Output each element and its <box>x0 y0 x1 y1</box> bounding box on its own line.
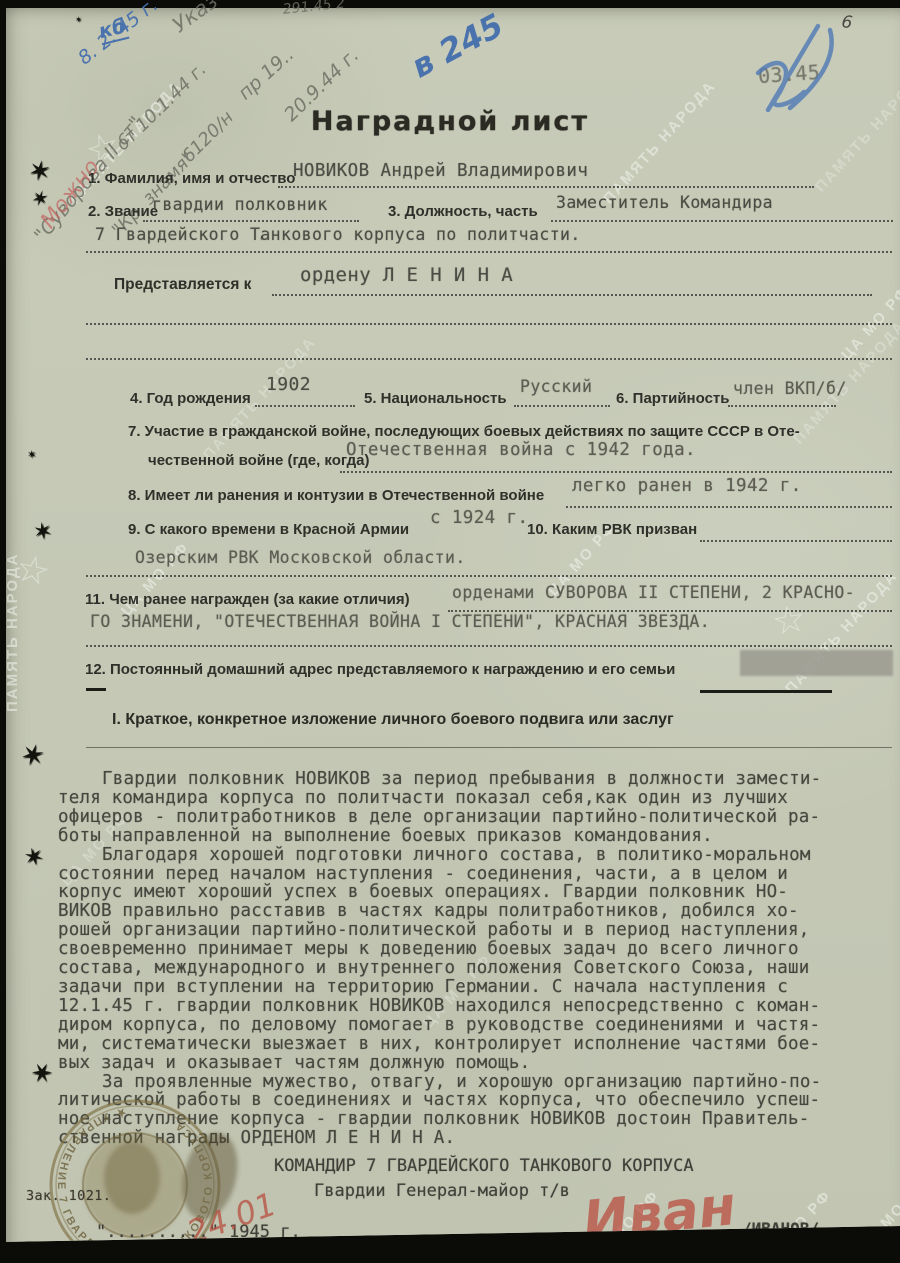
stamp-star: ★ <box>122 1240 134 1255</box>
dotted-line <box>143 220 359 222</box>
hole-punch: ✶ <box>25 156 53 187</box>
ink-fleck: ✶ <box>75 16 82 24</box>
section-1-heading: I. Краткое, конкретное изложение личного… <box>112 711 674 729</box>
field-2-value: гвардии полковник <box>152 195 328 214</box>
body-line: вых задач и оказывает частям должную пом… <box>58 1054 898 1073</box>
watermark-tsamo: ЦА МО РФ <box>856 1175 900 1255</box>
field-3-value-line2: 7 Гвардейского Танкового корпуса по поли… <box>95 225 581 244</box>
field-11-value-line1: орденами СУВОРОВА II СТЕПЕНИ, 2 КРАСНО- <box>452 583 855 602</box>
dotted-line <box>728 405 836 407</box>
dotted-line <box>278 186 814 188</box>
dotted-line <box>255 405 355 407</box>
dotted-line <box>566 506 892 508</box>
dotted-line <box>86 358 892 360</box>
dotted-line <box>86 575 892 577</box>
handwritten-pencil-top-number: 291.45 2 <box>282 0 346 18</box>
dotted-line <box>340 471 892 473</box>
hole-punch: ✶ <box>21 844 47 872</box>
body-line: офицеров - политработников в деле органи… <box>58 808 898 827</box>
field-3-value: Заместитель Командира <box>556 193 773 212</box>
field-9-value: с 1924 г. <box>430 508 528 528</box>
presented-to-value: ордену Л Е Н И Н А <box>300 264 513 286</box>
field-3-label: 3. Должность, часть <box>388 203 538 220</box>
handwritten-blue-245: в 245 <box>405 6 510 86</box>
field-10-label: 10. Каким РВК призван <box>527 521 697 538</box>
body-line: ми, систематически выезжает в них, контр… <box>58 1035 898 1054</box>
field-7-label-line1: 7. Участие в гражданской войне, последую… <box>128 423 800 440</box>
body-line: диром корпуса, по деловому помогает в ру… <box>58 1016 898 1035</box>
scan-background: ПАМЯТЬ НАРОДА ПАМЯТЬ НАРОДА ПАМЯТЬ НАРОД… <box>0 0 900 1263</box>
handwritten-blue-date: 8. 2. 45 г. <box>74 0 162 69</box>
redaction-box <box>740 650 893 676</box>
handwritten-pencil-ukaz: Указ <box>168 0 222 37</box>
field-1-value: НОВИКОВ Андрей Владимирович <box>293 161 588 181</box>
body-line: ВИКОВ правильно расставив в частях кадры… <box>58 902 898 921</box>
field-12-label: 12. Постоянный домашний адрес представля… <box>85 661 675 678</box>
field-7-value: Отечественная война с 1942 года. <box>346 440 696 460</box>
body-line: своевременно принимает меры к доведению … <box>58 940 898 959</box>
dotted-line <box>86 251 892 253</box>
hole-punch: ✶ <box>31 519 53 544</box>
body-line: задачи при вступлении на территорию Герм… <box>58 978 898 997</box>
handwritten-pencil-pr: пр 19.. <box>234 43 298 104</box>
field-6-value: член ВКП/б/ <box>733 379 847 398</box>
body-line: состава, международного и внутреннего по… <box>58 959 898 978</box>
presented-to-label: Представляется к <box>114 276 251 294</box>
watermark-star: ☆ <box>12 545 55 596</box>
dotted-line <box>86 645 892 647</box>
page-title: Наградной лист <box>0 106 900 137</box>
stamp-order-number: Зак. 1021. <box>26 1188 111 1204</box>
section-rule <box>86 747 892 748</box>
hole-punch: ✶ <box>27 450 36 461</box>
body-line: состоянии перед началом наступления - со… <box>58 865 898 884</box>
field-4-value: 1902 <box>266 374 311 395</box>
body-line: Гвардии полковник НОВИКОВ за период преб… <box>58 770 898 789</box>
field-1-label: 1. Фамилия, имя и отчество <box>88 170 295 187</box>
commander-title-line: КОМАНДИР 7 ГВАРДЕЙСКОГО ТАНКОВОГО КОРПУС… <box>274 1156 694 1176</box>
field-9-label: 9. С какого времени в Красной Армии <box>128 521 409 538</box>
field-11-label: 11. Чем ранее награжден (за какие отличи… <box>85 591 410 608</box>
commander-rank-line: Гвардии Генерал-майор т/в <box>314 1181 570 1201</box>
blue-scribble-mark <box>738 18 858 118</box>
field-2-label: 2. Звание <box>88 203 158 220</box>
commander-name: /ИВАНОВ/. <box>742 1219 829 1238</box>
solid-line <box>700 690 832 693</box>
field-11-value-line2: ГО ЗНАМЕНИ, "ОТЕЧЕСТВЕННАЯ ВОЙНА I СТЕПЕ… <box>90 612 710 631</box>
field-4-label: 4. Год рождения <box>130 390 251 407</box>
red-handwritten-signature: Иван <box>580 1174 739 1253</box>
body-line: боты направленной на выполнение боевых п… <box>58 827 898 846</box>
dotted-line <box>551 220 893 222</box>
dash-mark <box>86 688 106 691</box>
body-line: корпус имеют хороший успех в боевых опер… <box>58 883 898 902</box>
dotted-line <box>272 294 872 296</box>
field-8-value: легко ранен в 1942 г. <box>572 476 802 496</box>
watermark-star: ☆ <box>768 595 809 645</box>
hole-punch: ✶ <box>16 739 48 774</box>
body-line: Благодаря хорошей подготовки личного сос… <box>58 846 898 865</box>
body-line: рошей организации партийно-политической … <box>58 921 898 940</box>
field-5-label: 5. Национальность <box>364 390 507 407</box>
field-7-label-line2: чественной войне (где, когда) <box>148 452 369 469</box>
field-5-value: Русский <box>520 377 592 396</box>
dotted-line <box>514 405 610 407</box>
document-content: ПАМЯТЬ НАРОДА ПАМЯТЬ НАРОДА ПАМЯТЬ НАРОД… <box>0 0 900 1263</box>
paper-clip: ПАМЯТЬ НАРОДА ПАМЯТЬ НАРОДА ПАМЯТЬ НАРОД… <box>0 0 900 1263</box>
field-6-label: 6. Партийность <box>616 390 730 407</box>
field-8-label: 8. Имеет ли ранения и контузии в Отечест… <box>128 487 544 504</box>
body-line: 12.1.45 г. гвардии полковник НОВИКОВ нах… <box>58 997 898 1016</box>
field-10-value: Озерским РВК Московской области. <box>135 548 466 567</box>
body-line: теля командира корпуса по политчасти пок… <box>58 789 898 808</box>
dotted-line <box>700 540 892 542</box>
dotted-line <box>86 323 892 325</box>
